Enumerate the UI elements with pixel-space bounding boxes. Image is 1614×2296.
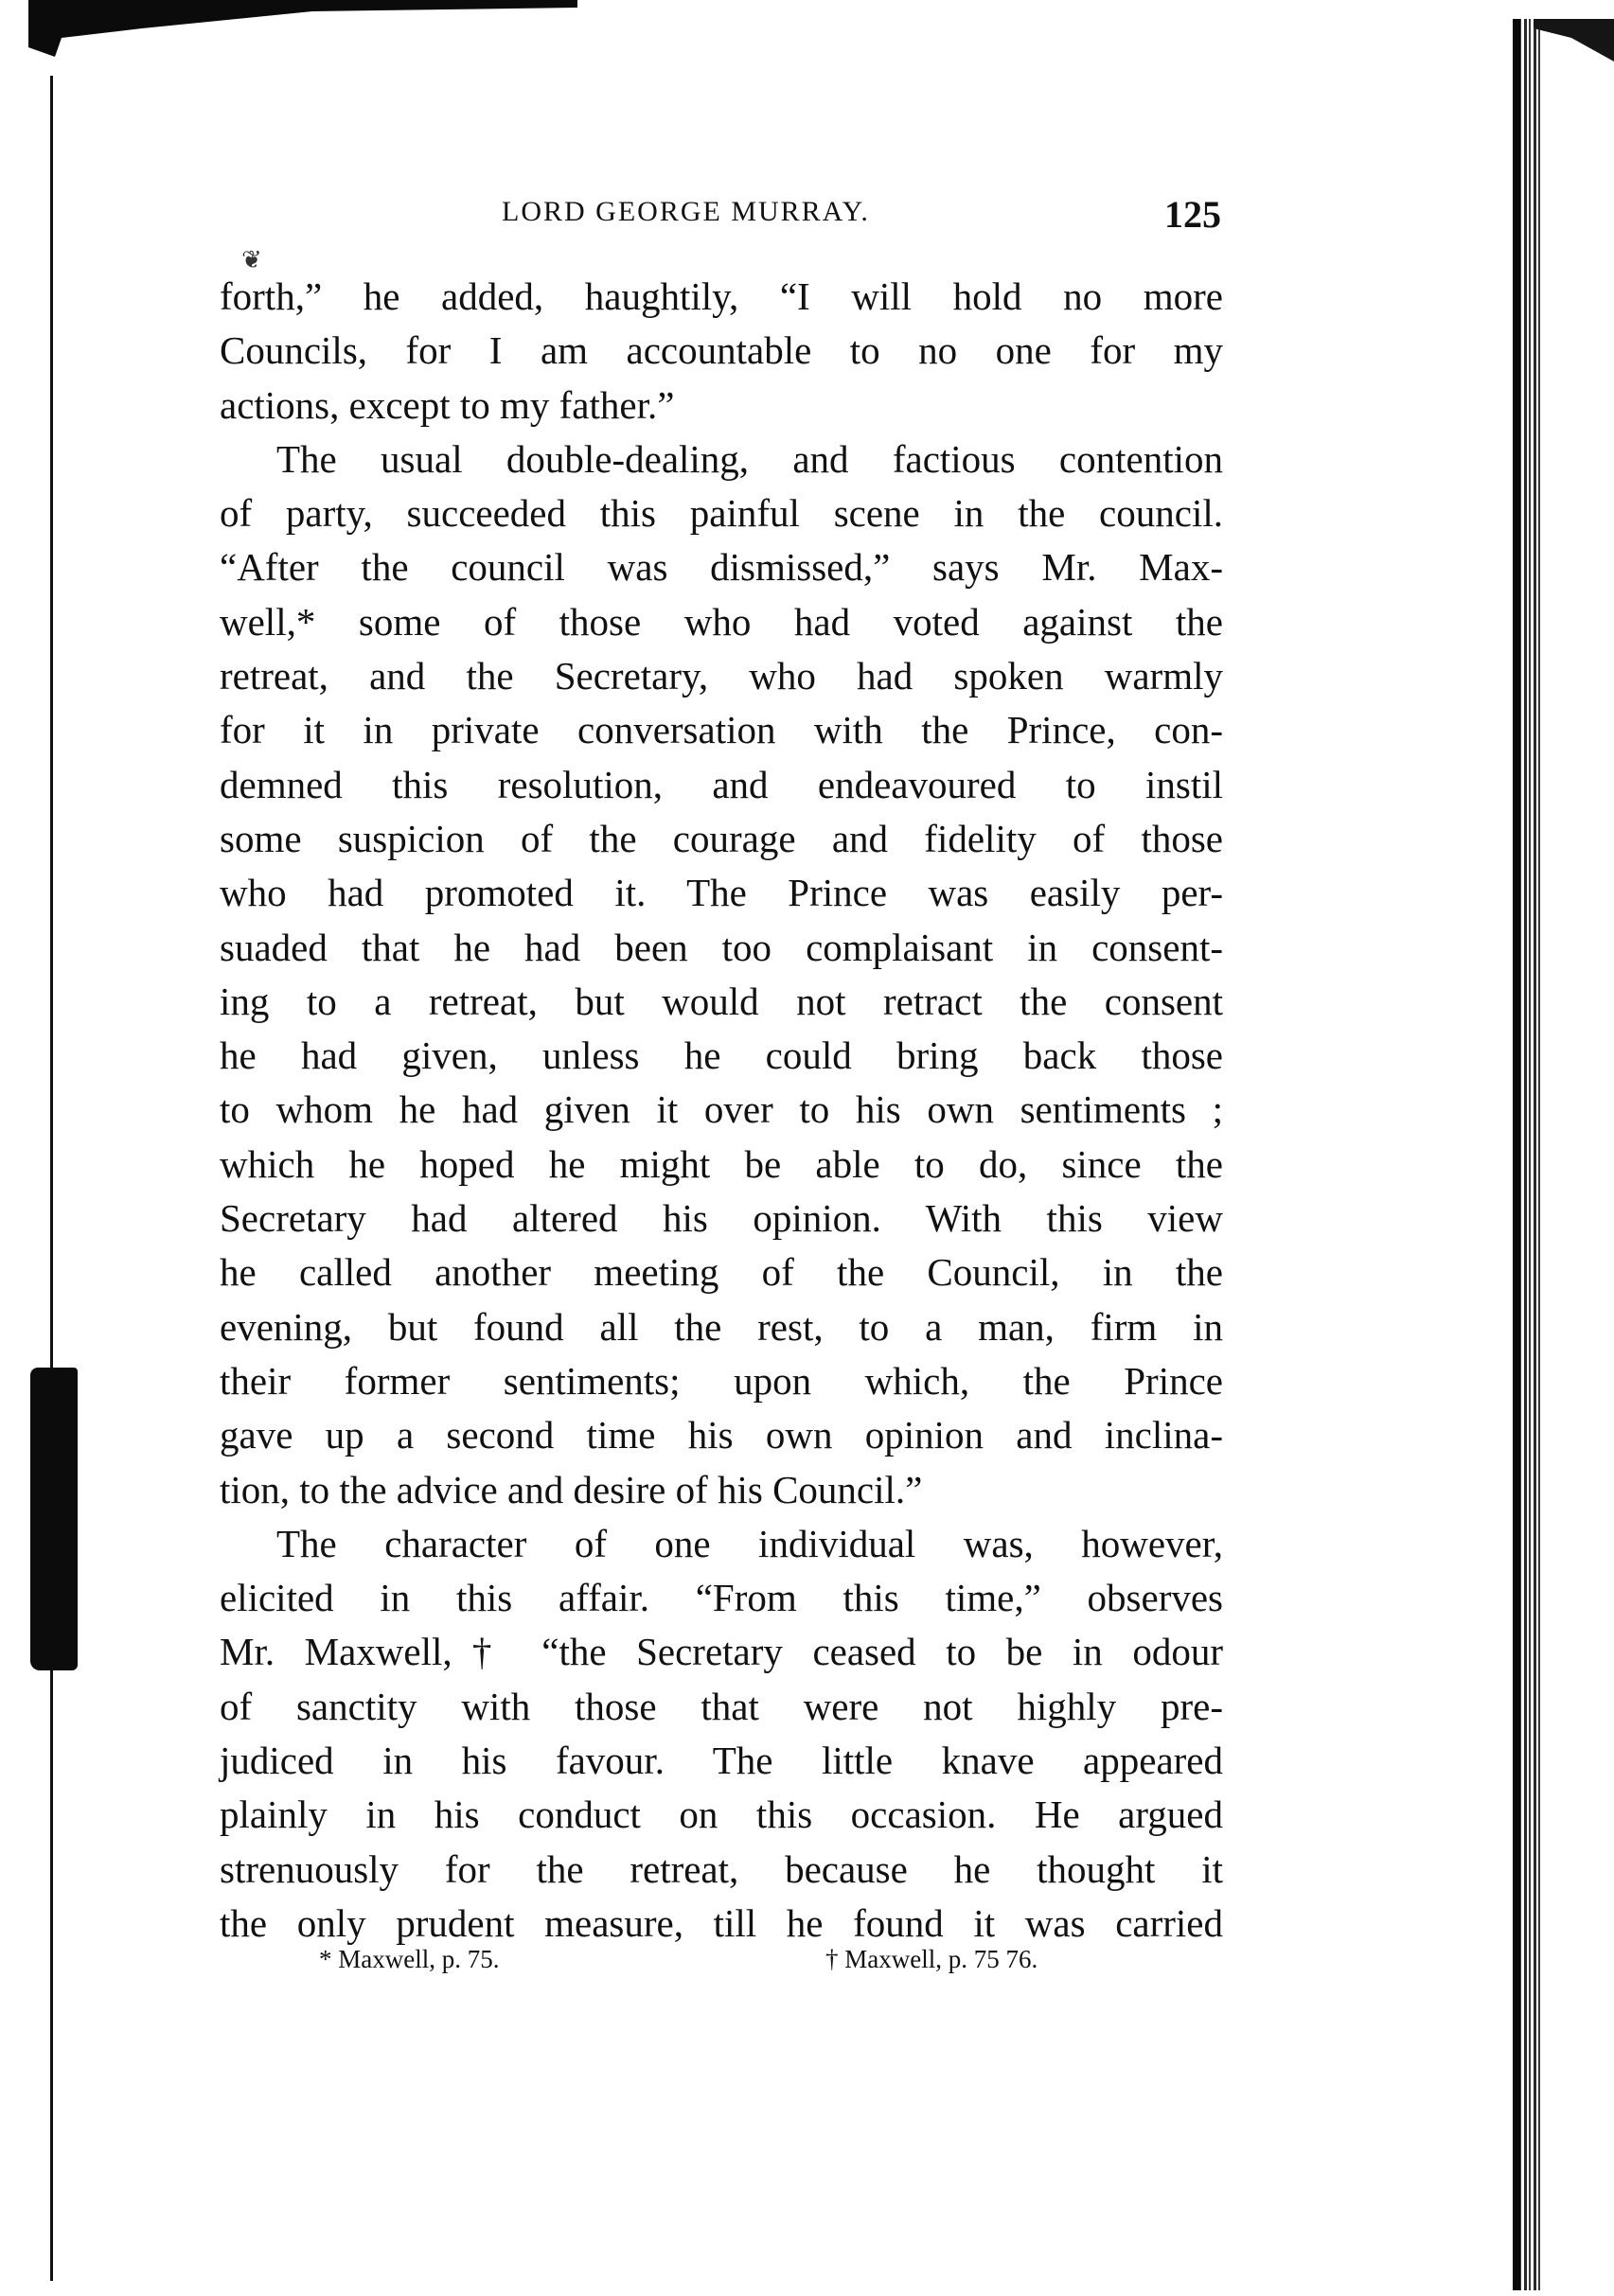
text-line: for it in private conversation with the … bbox=[220, 703, 1223, 757]
text-line: their former sentiments; upon which, the… bbox=[220, 1354, 1223, 1408]
text-line: forth,” he added, haughtily, “I will hol… bbox=[220, 270, 1223, 324]
paragraph: The character of one individual was, how… bbox=[220, 1517, 1223, 1951]
text-line: plainly in his conduct on this occasion.… bbox=[220, 1788, 1223, 1842]
footnote-asterisk: * Maxwell, p. 75. bbox=[319, 1945, 499, 1974]
text-line: strenuously for the retreat, because he … bbox=[220, 1843, 1223, 1897]
text-line: gave up a second time his own opinion an… bbox=[220, 1408, 1223, 1462]
text-line: Mr. Maxwell,† “the Secretary ceased to b… bbox=[220, 1625, 1223, 1679]
page-number: 125 bbox=[1164, 192, 1221, 237]
text-line: to whom he had given it over to his own … bbox=[220, 1083, 1223, 1137]
paragraph: The usual double-dealing, and factious c… bbox=[220, 433, 1223, 1517]
text-line: tion, to the advice and desire of his Co… bbox=[220, 1463, 1223, 1517]
body-text: forth,” he added, haughtily, “I will hol… bbox=[220, 270, 1223, 1951]
footnotes: * Maxwell, p. 75. † Maxwell, p. 75 76. bbox=[220, 1945, 1223, 1983]
text-line: Councils, for I am accountable to no one… bbox=[220, 324, 1223, 378]
text-line: suaded that he had been too complaisant … bbox=[220, 921, 1223, 975]
text-line: ing to a retreat, but would not retract … bbox=[220, 975, 1223, 1029]
text-line: “After the council was dismissed,” says … bbox=[220, 540, 1223, 594]
text-line: some suspicion of the courage and fideli… bbox=[220, 812, 1223, 866]
text-line: Secretary had altered his opinion. With … bbox=[220, 1192, 1223, 1245]
text-line: which he hoped he might be able to do, s… bbox=[220, 1138, 1223, 1192]
text-line: of party, succeeded this painful scene i… bbox=[220, 486, 1223, 540]
text-line: elicited in this affair. “From this time… bbox=[220, 1571, 1223, 1625]
paragraph: forth,” he added, haughtily, “I will hol… bbox=[220, 270, 1223, 433]
scan-edge-rule-right bbox=[1513, 19, 1520, 2290]
text-line: evening, but found all the rest, to a ma… bbox=[220, 1300, 1223, 1354]
text-line: retreat, and the Secretary, who had spok… bbox=[220, 649, 1223, 703]
scan-ink-blot-left bbox=[30, 1368, 78, 1670]
text-line: actions, except to my father.” bbox=[220, 379, 1223, 433]
text-line: demned this resolution, and endeavoured … bbox=[220, 758, 1223, 812]
text-line: The character of one individual was, how… bbox=[220, 1517, 1223, 1571]
text-line: he had given, unless he could bring back… bbox=[220, 1029, 1223, 1083]
text-line: judiced in his favour. The little knave … bbox=[220, 1734, 1223, 1788]
text-line: The usual double-dealing, and factious c… bbox=[220, 433, 1223, 486]
running-head-title: LORD GEORGE MURRAY. bbox=[502, 196, 870, 228]
footnote-dagger: † Maxwell, p. 75 76. bbox=[825, 1945, 1038, 1974]
text-line: who had promoted it. The Prince was easi… bbox=[220, 866, 1223, 920]
text-line: of sanctity with those that were not hig… bbox=[220, 1680, 1223, 1734]
text-line: he called another meeting of the Council… bbox=[220, 1245, 1223, 1299]
scan-edge-shadow-top-right bbox=[1534, 19, 1614, 62]
text-line: well,* some of those who had voted again… bbox=[220, 595, 1223, 649]
running-head: LORD GEORGE MURRAY. 125 bbox=[218, 192, 1221, 239]
text-line: the only prudent measure, till he found … bbox=[220, 1897, 1223, 1951]
scan-edge-shadow-top-left bbox=[28, 0, 577, 59]
scan-edge-rule-left bbox=[50, 76, 53, 2281]
